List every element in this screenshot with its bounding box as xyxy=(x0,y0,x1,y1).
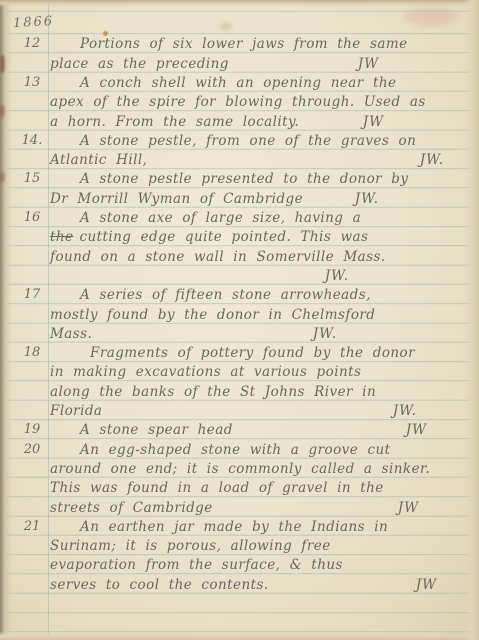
entry-text: A series of fifteen stone arrowheads, xyxy=(80,287,371,306)
catalog-entry-line: A series of fifteen stone arrowheads, xyxy=(50,287,463,306)
entry-text: place as the preceding xyxy=(50,56,229,75)
entry-text: streets of Cambridge xyxy=(50,500,213,519)
binding-mark xyxy=(0,172,5,182)
entry-text: A stone spear head xyxy=(80,422,233,441)
catalog-entry-line: Atlantic Hill,JW. xyxy=(50,152,463,171)
catalog-entry-line: Surinam; it is porous, allowing free xyxy=(50,538,463,557)
donor-initials: JW xyxy=(358,56,379,75)
entry-text: Florida xyxy=(50,403,102,422)
catalog-entry-line: found on a stone wall in Somerville Mass… xyxy=(50,249,463,268)
donor-initials: JW. xyxy=(313,326,337,345)
entry-number: 21 xyxy=(14,519,50,534)
struck-out-word: the xyxy=(50,229,73,248)
entry-text: found on a stone wall in Somerville Mass… xyxy=(50,249,386,268)
entry-text: Dr Morrill Wyman of Cambridge xyxy=(50,191,303,210)
entry-number: 15 xyxy=(14,171,50,186)
donor-initials: JW xyxy=(416,577,437,596)
entry-text: mostly found by the donor in Chelmsford xyxy=(50,307,375,326)
catalog-entry-line: along the banks of the St Johns River in xyxy=(50,384,463,403)
catalog-entry-line: Dr Morrill Wyman of CambridgeJW. xyxy=(50,191,463,210)
catalog-entry-line: A stone pestle presented to the donor by xyxy=(50,171,463,190)
binding-mark xyxy=(0,105,5,117)
donor-initials: JW xyxy=(398,500,419,519)
catalog-entry-line: mostly found by the donor in Chelmsford xyxy=(50,307,463,326)
entry-text: A conch shell with an opening near the xyxy=(80,75,396,94)
donor-initials: JW. xyxy=(325,268,349,287)
entry-number: 20 xyxy=(14,442,50,457)
entry-text: An egg-shaped stone with a groove cut xyxy=(80,442,390,461)
entry-text: A stone pestle, from one of the graves o… xyxy=(80,133,416,152)
catalog-entry-line: thecutting edge quite pointed. This was xyxy=(50,229,463,248)
catalog-entry-line: in making excavations at various points xyxy=(50,364,463,383)
catalog-entry-line: apex of the spire for blowing through. U… xyxy=(50,94,463,113)
entry-text: cutting edge quite pointed. This was xyxy=(79,229,368,248)
catalog-entry-line: serves to cool the contents.JW xyxy=(50,577,463,596)
catalog-entry-line: Fragments of pottery found by the donor xyxy=(50,345,463,364)
entry-text: apex of the spire for blowing through. U… xyxy=(50,94,426,113)
year-heading: 1866 xyxy=(13,14,55,31)
entry-text: A stone pestle presented to the donor by xyxy=(80,171,408,190)
catalog-entry-line: A conch shell with an opening near the xyxy=(50,75,463,94)
ink-dot-stain xyxy=(103,31,108,36)
donor-initials: JW xyxy=(406,422,427,441)
catalog-entry-line: This was found in a load of gravel in th… xyxy=(50,480,463,499)
entry-text: in making excavations at various points xyxy=(50,364,361,383)
catalog-entry-line: place as the precedingJW xyxy=(50,56,463,75)
donor-initials: JW. xyxy=(393,403,417,422)
catalog-entry-line: Mass.JW. xyxy=(50,326,463,345)
entry-number: 13 xyxy=(14,75,50,90)
catalog-entry-line: streets of CambridgeJW xyxy=(50,500,463,519)
entry-text: a horn. From the same locality. xyxy=(50,114,299,133)
donor-initials: JW xyxy=(363,114,384,133)
entry-text: along the banks of the St Johns River in xyxy=(50,384,376,403)
catalog-entry-line: JW. xyxy=(50,268,463,287)
catalog-entry-line: A stone spear headJW xyxy=(50,422,463,441)
entry-number: 12 xyxy=(14,36,50,51)
entry-text: Surinam; it is porous, allowing free xyxy=(50,538,331,557)
catalog-entry-line: Portions of six lower jaws from the same xyxy=(50,36,463,55)
ink-bleed-smudge xyxy=(404,8,458,26)
entry-text: Atlantic Hill, xyxy=(50,152,147,171)
binding-mark xyxy=(0,55,5,73)
donor-initials: JW. xyxy=(420,152,444,171)
catalog-entry-line: FloridaJW. xyxy=(50,403,463,422)
entry-text: evaporation from the surface, & thus xyxy=(50,557,343,576)
entry-text: around one end; it is commonly called a … xyxy=(50,461,430,480)
catalog-entry-line: An egg-shaped stone with a groove cut xyxy=(50,442,463,461)
catalog-entry-line: An earthen jar made by the Indians in xyxy=(50,519,463,538)
catalog-entry-line: evaporation from the surface, & thus xyxy=(50,557,463,576)
entry-number: 19 xyxy=(14,422,50,437)
entry-text: Mass. xyxy=(50,326,92,345)
page-edge-bottom xyxy=(0,631,479,640)
catalog-entry-line: around one end; it is commonly called a … xyxy=(50,461,463,480)
entry-text: An earthen jar made by the Indians in xyxy=(80,519,388,538)
catalog-entry-line: a horn. From the same locality.JW xyxy=(50,114,463,133)
paper-stain xyxy=(220,22,232,31)
page-edge-top xyxy=(0,0,479,7)
donor-initials: JW. xyxy=(355,191,379,210)
catalog-entry-line: A stone axe of large size, having a xyxy=(50,210,463,229)
entry-text: This was found in a load of gravel in th… xyxy=(50,480,384,499)
entry-number: 17 xyxy=(14,287,50,302)
margin-rule xyxy=(48,0,49,640)
entry-number: 16 xyxy=(14,210,50,225)
entry-text: Fragments of pottery found by the donor xyxy=(90,345,415,364)
entry-number: 14. xyxy=(14,133,50,148)
entry-text: serves to cool the contents. xyxy=(50,577,269,596)
entry-text: A stone axe of large size, having a xyxy=(80,210,361,229)
page-edge-left xyxy=(0,0,12,640)
entry-text: Portions of six lower jaws from the same xyxy=(80,36,408,55)
catalog-entry-line: A stone pestle, from one of the graves o… xyxy=(50,133,463,152)
ledger-page-photo: 1866 Portions of six lower jaws from the… xyxy=(0,0,479,640)
entry-number: 18 xyxy=(14,345,50,360)
page-edge-right xyxy=(464,0,479,640)
